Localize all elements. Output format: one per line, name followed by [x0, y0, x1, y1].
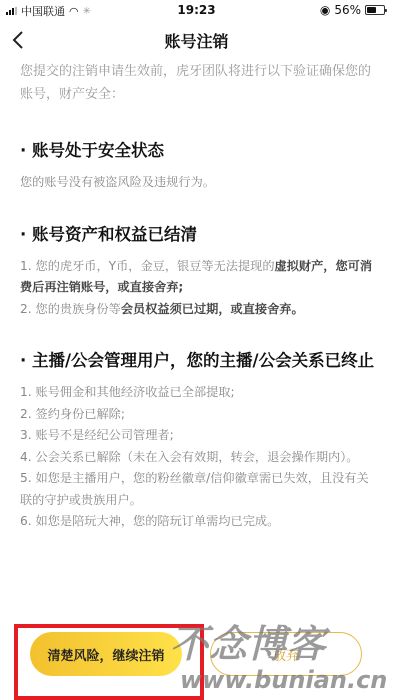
section-item: 您的账号没有被盗风险及违规行为。: [20, 172, 380, 194]
section-item: 4. 公会关系已解除（未在入会有效期，转会，退会操作期内）。: [20, 447, 380, 469]
section-item: 2. 您的贵族身份等会员权益须已过期，或直接舍弃。: [20, 299, 380, 321]
battery-percent: 56%: [334, 3, 361, 17]
content: 您提交的注销申请生效前，虎牙团队将进行以下验证确保您的账号，财产安全： · 账号…: [20, 60, 380, 533]
section-guild-terminated: · 主播/公会管理用户，您的主播/公会关系已终止 1. 账号佣金和其他经济收益已…: [20, 348, 380, 533]
section-item: 2. 签约身份已解除;: [20, 404, 380, 426]
continue-cancel-button[interactable]: 清楚风险，继续注销: [30, 632, 182, 676]
abandon-button[interactable]: 放弃: [210, 632, 362, 676]
intro-text: 您提交的注销申请生效前，虎牙团队将进行以下验证确保您的账号，财产安全：: [20, 60, 380, 106]
status-bar: 中国联通 ◠ ✳ 19:23 ◉ 56%: [0, 0, 393, 20]
section-item: 1. 账号佣金和其他经济收益已全部提取;: [20, 382, 380, 404]
section-title: · 主播/公会管理用户，您的主播/公会关系已终止: [20, 348, 380, 374]
section-item: 3. 账号不是经纪公司管理者;: [20, 425, 380, 447]
section-title: · 账号处于安全状态: [20, 138, 380, 164]
section-item: 1. 您的虎牙币，Y币，金豆，银豆等无法提现的虚拟财产，您可消费后再注销账号，或…: [20, 256, 380, 299]
section-account-safe: · 账号处于安全状态 您的账号没有被盗风险及违规行为。: [20, 138, 380, 194]
orientation-lock-icon: ◉: [320, 3, 330, 17]
section-assets-cleared: · 账号资产和权益已结清 1. 您的虎牙币，Y币，金豆，银豆等无法提现的虚拟财产…: [20, 222, 380, 321]
page-title: 账号注销: [0, 29, 393, 52]
status-right: ◉ 56%: [320, 3, 385, 17]
section-title: · 账号资产和权益已结清: [20, 222, 380, 248]
nav-bar: 账号注销: [0, 24, 393, 58]
section-item: 5. 如您是主播用户，您的粉丝徽章/信仰徽章需已失效，且没有关联的守护或贵族用户…: [20, 468, 380, 511]
section-item: 6. 如您是陪玩大神，您的陪玩订单需均已完成。: [20, 511, 380, 533]
battery-icon: [365, 5, 385, 15]
